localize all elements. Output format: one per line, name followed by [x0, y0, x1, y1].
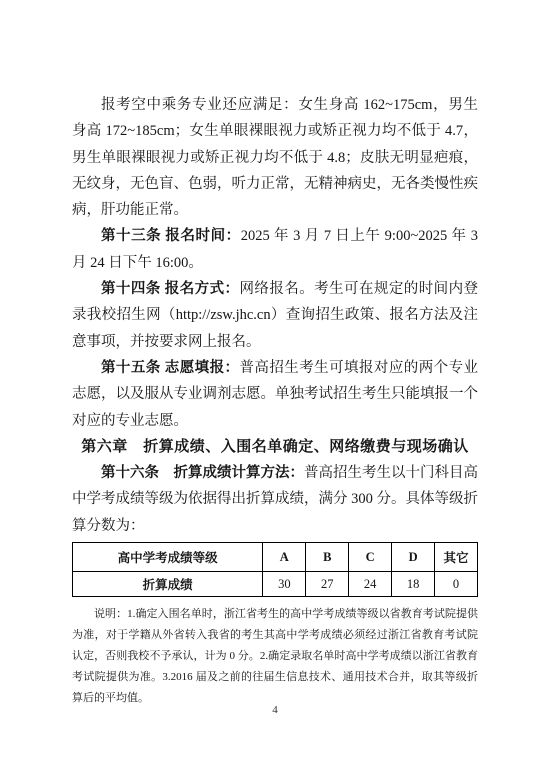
document-page: 报考空中乘务专业还应满足：女生身高 162~175cm，男生身高 172~185…: [0, 0, 550, 778]
paragraph-article-16: 第十六条 折算成绩计算方法：普高招生考生以十门科目高中学考成绩等级为依据得出折算…: [72, 460, 478, 539]
table-header-grade-other: 其它: [435, 543, 478, 572]
article-15-lead: 第十五条 志愿填报：: [101, 360, 239, 376]
article-13-lead: 第十三条 报名时间：: [101, 228, 241, 244]
table-score-c: 24: [349, 572, 392, 597]
table-score-b: 27: [306, 572, 349, 597]
table-header-row: 高中学考成绩等级 A B C D 其它: [73, 543, 478, 572]
paragraph-article-13: 第十三条 报名时间：2025 年 3 月 7 日上午 9:00~2025 年 3…: [72, 223, 478, 276]
paragraph-flight-attendant-requirements: 报考空中乘务专业还应满足：女生身高 162~175cm，男生身高 172~185…: [72, 92, 478, 223]
table-header-grade-c: C: [349, 543, 392, 572]
table-row-label: 折算成绩: [73, 572, 263, 597]
table-header-grade-label: 高中学考成绩等级: [73, 543, 263, 572]
table-header-grade-a: A: [263, 543, 306, 572]
table-value-row: 折算成绩 30 27 24 18 0: [73, 572, 478, 597]
page-number: 4: [0, 704, 550, 716]
document-content: 报考空中乘务专业还应满足：女生身高 162~175cm，男生身高 172~185…: [72, 92, 478, 709]
chapter-6-heading: 第六章 折算成绩、入围名单确定、网络缴费与现场确认: [72, 434, 478, 460]
table-notes: 说明：1.确定入围名单时，浙江省考生的高中学考成绩等级以省教育考试院提供为准，对…: [72, 604, 478, 709]
table-score-a: 30: [263, 572, 306, 597]
paragraph-article-15: 第十五条 志愿填报：普高招生考生可填报对应的两个专业志愿，以及服从专业调剂志愿。…: [72, 355, 478, 434]
article-14-lead: 第十四条 报名方式：: [101, 281, 239, 297]
article-16-lead: 第十六条 折算成绩计算方法：: [101, 465, 304, 481]
table-score-d: 18: [392, 572, 435, 597]
score-conversion-table: 高中学考成绩等级 A B C D 其它 折算成绩 30 27 24 18 0: [72, 542, 478, 597]
paragraph-article-14: 第十四条 报名方式：网络报名。考生可在规定的时间内登录我校招生网（http://…: [72, 276, 478, 355]
table-header-grade-d: D: [392, 543, 435, 572]
paragraph-text: 报考空中乘务专业还应满足：女生身高 162~175cm，男生身高 172~185…: [72, 97, 478, 218]
table-score-other: 0: [435, 572, 478, 597]
table-header-grade-b: B: [306, 543, 349, 572]
